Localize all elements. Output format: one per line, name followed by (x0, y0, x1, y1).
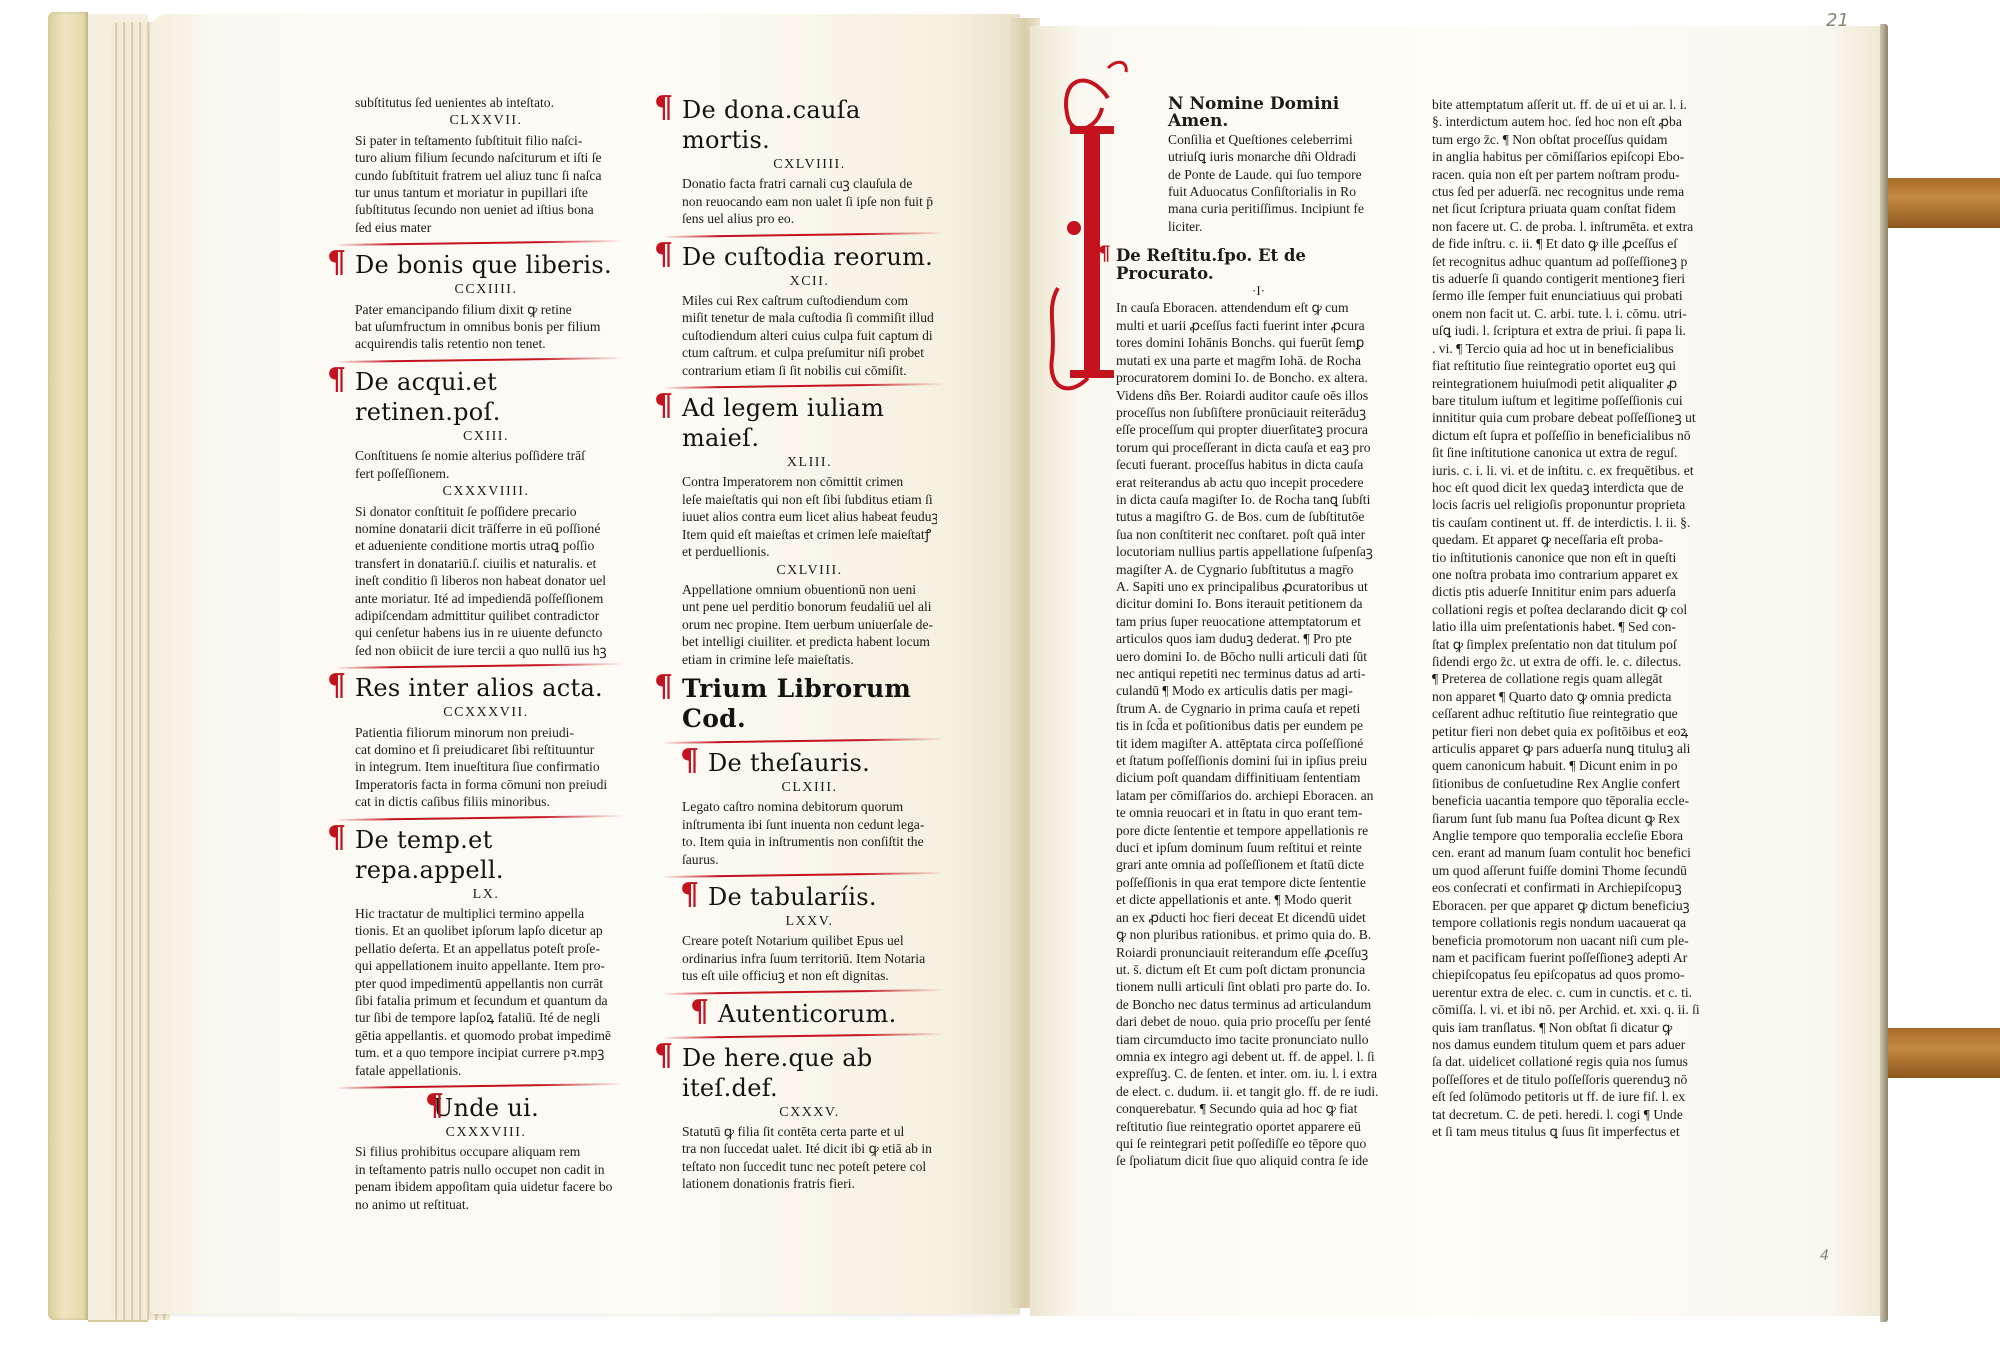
text-line: Anglie tempore quo temporalia eccleſie E… (1432, 827, 1722, 844)
folio-number-top: 21 (1826, 10, 1849, 31)
text-line: dictum eſt ſupra et poſſeſſio in benefic… (1432, 427, 1722, 444)
heading-text: De acqui.et retinen.poſ. (355, 368, 501, 426)
text-line: torum qui proceſſerant in dicta cauſa et… (1116, 439, 1401, 456)
text-line: grari ante omnia ad poſſeſſionem et ſtat… (1116, 856, 1401, 873)
text-line: ut. s̄. dictum eſt Et cum poſt dictam pr… (1116, 961, 1401, 978)
text-line: Legato caſtro nomina debitorum quorum (682, 798, 937, 815)
text-line: de elect. c. dudum. ii. et tangit glo. f… (1116, 1083, 1401, 1100)
text-line: ſens uel alius pro eo. (682, 210, 937, 227)
text-line: expreſſuꝫ. C. de ſenten. et inter. om. i… (1116, 1065, 1401, 1082)
text-line: no animo ut reſtituat. (355, 1196, 617, 1213)
text-line: bare titulum iuſtum et legitime poſſeſſi… (1432, 392, 1722, 409)
rubric-heading: ¶De tabularíis. (708, 882, 937, 912)
text-line: beneficia uacantia tempore quo tēporalia… (1432, 792, 1722, 809)
red-rule (662, 738, 943, 744)
text-line: in anglia habitus per cōmiſſarios epiſco… (1432, 148, 1722, 165)
text-line: turo alium filium ſecundo naſciturum et … (355, 149, 617, 166)
heading-text: De here.que ab iteſ.def. (682, 1044, 873, 1102)
opening-invocation: N Nomine Domini Amen. (1168, 96, 1401, 131)
text-line: Creare poteſt Notarium quilibet Epus uel (682, 932, 937, 949)
text-line: transfert in donatariū.ſ. ciuilis et nat… (355, 555, 617, 572)
text-line: ¶ Preterea de collatione regis quam alle… (1432, 670, 1722, 687)
text-line: dicium poſt quandam diffinitiuam ſentent… (1116, 769, 1401, 786)
pilcrow-icon: ¶ (654, 93, 673, 123)
text-line: Contra Imperatorem non cōmittit crimen (682, 473, 937, 490)
text-line: chiepiſcopatus ſeu epiſcopatus ad quos p… (1432, 966, 1722, 983)
text-line: petitur fieri non debet quia ex poſitōib… (1432, 723, 1722, 740)
text-line: liciter. (1168, 218, 1401, 235)
text-line: tis cauſam continent ut. ff. de interdic… (1432, 514, 1722, 531)
entry-numeral: CXXXVIII. (355, 1124, 617, 1141)
red-rule (662, 1033, 943, 1039)
text-line: §. interdictum autem hoc. ſed hoc non eſ… (1432, 113, 1722, 130)
entry-numeral: CXXXV. (682, 1104, 937, 1121)
entry-numeral: CXLVIII. (682, 562, 937, 579)
red-rule (335, 663, 623, 669)
right-page-edge (1880, 24, 1888, 1322)
text-line: unt pene uel perditio bonorum feudaliū u… (682, 598, 937, 615)
text-line: qui cenſetur habens ius in re uiuente de… (355, 624, 617, 641)
text-line: nos damus eundem titulum quem et pars ad… (1432, 1036, 1722, 1053)
text-line: tempore collationis regis nondum uacauer… (1432, 914, 1722, 931)
pilcrow-icon: ¶ (327, 823, 346, 853)
heading-text: De temp.et repa.appell. (355, 826, 504, 884)
text-line: contrarium etiam ſi ſit nobilis cui cōmi… (682, 362, 937, 379)
text-line: miſit tenetur de mala cuſtodia ſi commiſ… (682, 309, 937, 326)
heading-text: De tabularíis. (708, 883, 877, 911)
entry-text: Donatio facta fratri carnali cuꝫ clauſul… (682, 175, 937, 227)
rubric-heading: ¶Ad legem iuliam maieſ. (682, 393, 937, 453)
text-line: racen. quia non eſt per partem noſtram p… (1432, 166, 1722, 183)
text-line: cat in dictis caſibus filiis minoribus. (355, 793, 617, 810)
text-line: reintegrationem huiuſmodi petit aliquali… (1432, 375, 1722, 392)
text-line: de fide inſtru. c. ii. ¶ Et dato ꝙ ille … (1432, 235, 1722, 252)
rubric-heading: ¶Res inter alios acta. (355, 673, 617, 703)
entry-numeral: LX. (355, 886, 617, 903)
text-line: nam et pacificam fuerint poſſeſſioneꝫ ad… (1432, 949, 1722, 966)
text-line: articulis apparet ꝙ pars aduerſa nunꝗ ti… (1432, 740, 1722, 757)
text-line: tiam circumducto imo tacite pronunciato … (1116, 1031, 1401, 1048)
text-line: Item quid eſt maieſtas et crimen leſe ma… (682, 526, 937, 543)
text-line: ſiarum ſunt ſub manu ſua Poſtea dicunt ꝙ… (1432, 810, 1722, 827)
text-line: innititur quia cum probare debeat poſſeſ… (1432, 409, 1722, 426)
text-line: et dicte appellationis et ante. ¶ Modo q… (1116, 891, 1401, 908)
entry-text: Miles cui Rex caſtrum cuſtodiendum com m… (682, 292, 937, 379)
text-line: to. Item quia in inſtrumentis non conſiſ… (682, 833, 937, 850)
text-line: et ſi tam meus titulus ꝗ ſuus ſit imperf… (1432, 1123, 1722, 1140)
text-line: ſet recognitus adhuc quantum ad poſſeſſi… (1432, 253, 1722, 270)
text-line: eſſe proceſſum qui propter diuerſitateꝫ … (1116, 421, 1401, 438)
text-line: tam prius ſuper reuocatione attemptatoru… (1116, 613, 1401, 630)
pilcrow-icon: ¶ (690, 997, 709, 1027)
text-line: Statutū ꝙ filia ſit contēta certa parte … (682, 1123, 937, 1140)
text-line: Si donator conſtituit ſe poſſidere preca… (355, 503, 617, 520)
text-line: bite attemptatum aſſerit ut. ff. de ui e… (1432, 96, 1722, 113)
text-line: in integrum. Item inueſtitura ſiue confi… (355, 758, 617, 775)
entry-text: Si pater in teſtamento ſubſtituit filio … (355, 132, 617, 236)
text-line: inſtrumenta ibi ſunt inuenta non cedunt … (682, 816, 937, 833)
text-line: hoc eſt quod dicit lex quedaꝫ interdicta… (1432, 479, 1722, 496)
text-line: magiſter A. de Cygnario ſubſtitutus a ma… (1116, 561, 1401, 578)
text-line: cen. erant ad manum ſuam contulit hoc be… (1432, 844, 1722, 861)
text-line: ante moriatur. Ité ad impediendā poſſeſſ… (355, 590, 617, 607)
text-line: tis in ſcd̄a et poſitionibus datis per e… (1116, 717, 1401, 734)
text-line: uerentur extra de elec. c. cum in cuncti… (1432, 984, 1722, 1001)
entry-numeral: CLXXVII. (355, 112, 617, 129)
right-page-column-2: bite attemptatum aſſerit ut. ff. de ui e… (1432, 96, 1722, 1140)
pilcrow-icon: ¶ (680, 880, 699, 910)
text-line: Hic tractatur de multiplici termino appe… (355, 905, 617, 922)
text-line: onem non facit ut. C. arbi. tute. l. i. … (1432, 305, 1722, 322)
entry-numeral: CLXIII. (682, 779, 937, 796)
pilcrow-icon: ¶ (654, 391, 673, 421)
text-line: nec antiqui repetiti nec terminus datus … (1116, 665, 1401, 682)
text-line: multi et uarii ꝓceſſus facti fuerint int… (1116, 317, 1401, 334)
entry-numeral: CXLVIIII. (682, 156, 937, 173)
text-line: cundo ſubſtituit fratrem uel aliuz tunc … (355, 167, 617, 184)
pilcrow-icon: ¶ (327, 365, 346, 395)
text-line: poſſeſſores et de titulo poſſeſſoris que… (1432, 1071, 1722, 1088)
text-line: conquerebatur. ¶ Secundo quia ad hoc ꝙ f… (1116, 1100, 1401, 1117)
entry-text: Statutū ꝙ filia ſit contēta certa parte … (682, 1123, 937, 1193)
entry-numeral: CCXIIII. (355, 281, 617, 298)
text-line: ſidendi ergo z̄c. ut extra de offi. le. … (1432, 653, 1722, 670)
text-line: ſibi fatalia primum et ſecundum et quant… (355, 992, 617, 1009)
text-line: et adueniente conditione mortis utraꝗ po… (355, 537, 617, 554)
heading-text: De dona.cauſa mortis. (682, 96, 861, 154)
text-line: Imperatoris facta in forma cōmuni non pr… (355, 776, 617, 793)
section-numeral: ·I· (1116, 282, 1401, 299)
text-line: ceſſarent adhuc reſtitutio ſiue reintegr… (1432, 705, 1722, 722)
entry-numeral: CCXXXVII. (355, 704, 617, 721)
entry-clxxvii: CLXXVII. Si pater in teſtamento ſubſtitu… (355, 112, 617, 236)
text-line: ſecuti fuerant. proceſſus habitus in dic… (1116, 456, 1401, 473)
entry-text: Hic tractatur de multiplici termino appe… (355, 905, 617, 1079)
text-line: ſtat ꝙ ſimplex preſentatio non dat titul… (1432, 636, 1722, 653)
text-line: teſtato non ſuccedit tunc nec poteſt pet… (682, 1158, 937, 1175)
text-line: . vi. ¶ Tercio quia ad hoc ut in benefic… (1432, 340, 1722, 357)
text-line: tra non ſuccedat ualet. Ité dicit ibi ꝙ … (682, 1140, 937, 1157)
text-line: cat domino et ſi preiudicaret ſibi reſti… (355, 741, 617, 758)
text-line: tores domini Iohānis Bonchs. qui fuerūt … (1116, 334, 1401, 351)
text-line: uero domini Io. de Bōcho nulli articuli … (1116, 648, 1401, 665)
text-line: eſt ſed ſolūmodo petitoris ut ff. de iur… (1432, 1088, 1722, 1105)
text-line: A. Sapiti uno ex principalibus ꝓcuratori… (1116, 578, 1401, 595)
text-line: penam ibidem appoſitam quia uidetur face… (355, 1178, 617, 1195)
text-line: Si filius prohibitus occupare aliquam re… (355, 1143, 617, 1160)
text-line: ſa dat. uidelicet collationé regis quia … (1432, 1053, 1722, 1070)
text-line: ctum caſtrum. et culpa preſumitur niſi p… (682, 344, 937, 361)
pilcrow-icon: ¶ (654, 240, 673, 270)
text-line: fiat reſtitutio ſiue reintegratio oporte… (1432, 357, 1722, 374)
vellum-binding-spine (48, 12, 88, 1320)
text-line: locutoriam nullius partis appellatione ſ… (1116, 543, 1401, 560)
text-line: Roiardi pronunciauit reiterandum eſſe ꝓc… (1116, 944, 1401, 961)
entry-text: Pater emancipando filium dixit ꝙ retine … (355, 301, 617, 353)
text-line: ſed non obiicit de iure tercii a quo nul… (355, 642, 617, 659)
text-line: iuris. c. i. li. vi. et de inſtitu. c. e… (1432, 462, 1722, 479)
text-line: beneficia promotorum non uacant niſi cum… (1432, 932, 1722, 949)
entry-text: Patientia filiorum minorum non preiudi- … (355, 724, 617, 811)
heading-text: Autenticorum. (718, 1000, 897, 1028)
entry-text: Si donator conſtituit ſe poſſidere preca… (355, 503, 617, 660)
text-line: erat reiterandus ab actu quo incepit pro… (1116, 474, 1401, 491)
text-line: omnia ex integro agi debent ut. ff. de a… (1116, 1048, 1401, 1065)
red-rule (335, 1083, 623, 1089)
heading-text: Ad legem iuliam maieſ. (682, 394, 884, 452)
text-line: procuratorem domini Io. de Boncho. ex al… (1116, 369, 1401, 386)
text-line: ordinarius infra ſuum territoriū. Item N… (682, 950, 937, 967)
lead-line: subſtitutus ſed uenientes ab inteſtato. (355, 94, 617, 111)
text-line: proceſſus non ſubſiſtere pronūciauit rei… (1116, 404, 1401, 421)
rubric-heading: ¶De dona.cauſa mortis. (682, 95, 937, 155)
text-line: cuſtodiendum alteri cuius culpa fuit cap… (682, 327, 937, 344)
text-line: ſermo ille ſemper fuit enunciatiuus qui … (1432, 287, 1722, 304)
text-line: ineſt conditio ſi liberos non habeat don… (355, 572, 617, 589)
text-line: ſed eius mater (355, 219, 617, 236)
text-line: ſit ſine inſtitutione canonica ut extra … (1432, 444, 1722, 461)
text-line: bet intelligi ciuiliter. et predicta hab… (682, 633, 937, 650)
text-line: leſe maieſtatis qui non eſt ſibi ſubditu… (682, 491, 937, 508)
text-line: nomine donatarii dicit trāſferre in eū p… (355, 520, 617, 537)
text-line: reſtitutio ſiue reintegratio oportet app… (1116, 1118, 1401, 1135)
entry-text: Creare poteſt Notarium quilibet Epus uel… (682, 932, 937, 984)
text-line: Donatio facta fratri carnali cuꝫ clauſul… (682, 175, 937, 192)
heading-text: De bonis que liberis. (355, 251, 612, 279)
text-line: ꝙ non pluribus rationibus. et primo quia… (1116, 926, 1401, 943)
text-line: tio inſtitutionis canonice que non eſt i… (1432, 549, 1722, 566)
left-page-column-2: ¶De dona.cauſa mortis. CXLVIIII. Donatio… (682, 95, 937, 1193)
pilcrow-icon: ¶ (654, 1041, 673, 1071)
text-line: non reuocando eam non ualet ſi ipſe non … (682, 193, 937, 210)
text-line: uſꝗ iudi. l. ſcriptura et extra de priui… (1432, 322, 1722, 339)
text-line: lationem donationis fratris fieri. (682, 1175, 937, 1192)
rubric-heading: ¶De cuſtodia reorum. (682, 242, 937, 272)
leather-tie-top (1888, 178, 2000, 228)
text-line: Appellatione omnium obuentionū non ueni (682, 581, 937, 598)
text-line: mana curia peritiſſimus. Incipiunt fe (1168, 200, 1401, 217)
text-line: Videns dñs Ber. Roiardi auditor cauſe oē… (1116, 387, 1401, 404)
text-line: ſua non conſtiterit nec conſtaret. poſt … (1116, 526, 1401, 543)
text-line: tutus a magiſtro G. de Bos. cum de ſubſt… (1116, 508, 1401, 525)
rubric-heading: ¶Autenticorum. (718, 999, 937, 1029)
text-line: de Boncho nec datus terminus ad articula… (1116, 996, 1401, 1013)
text-line: ſe ſpoliatum dicit ſiue quo aliquid cont… (1116, 1152, 1401, 1169)
entry-numeral: XLIII. (682, 454, 937, 471)
leather-tie-bottom (1888, 1028, 2000, 1078)
text-line: et perduellionis. (682, 543, 937, 560)
text-line: ſitionibus de conſuetudine Rex Anglie co… (1432, 775, 1722, 792)
text-line: adipiſcendam admittitur quilibet contrad… (355, 607, 617, 624)
text-line: tus eſt uile officiuꝫ et non eſt dignita… (682, 967, 937, 984)
text-line: acquirendis talis retentio non tenet. (355, 335, 617, 352)
text-line: tis aduerſe ſi quando contigerit mention… (1432, 270, 1722, 287)
rubric-heading: ¶Unde ui. (355, 1093, 617, 1123)
text-line: locis ſacris uel religioſis proponuntur … (1432, 496, 1722, 513)
text-line: non facere ut. C. de proba. l. inſtrumēt… (1432, 218, 1722, 235)
text-line: tionis. Et an quolibet ipſorum lapſo dic… (355, 922, 617, 939)
body-text: bite attemptatum aſſerit ut. ff. de ui e… (1432, 96, 1722, 1140)
entry-numeral: CXIII. (355, 428, 617, 445)
red-rule (335, 815, 623, 821)
text-line: bat uſumfructum in omnibus bonis per fil… (355, 318, 617, 335)
text-line: qui ſe reintegrari petit poſſediſſe eo t… (1116, 1135, 1401, 1152)
text-line: tur ſibi de tempore lapſoꝝ fataliū. Ité … (355, 1009, 617, 1026)
heading-text: De Reſtitu.ſpo. Et de Procurato. (1116, 246, 1306, 282)
rubric-book-heading: ¶Trium Librorum Cod. (682, 674, 937, 734)
text-line: ctus ſed per aduerſā. nec recognitus und… (1432, 183, 1722, 200)
text-line: te omnia reuocari et in ſtatu in quo era… (1116, 804, 1401, 821)
heading-text: Trium Librorum Cod. (682, 674, 911, 733)
text-line: mutati ex una parte et magr̄m Iohā. de R… (1116, 352, 1401, 369)
entry-numeral: XCII. (682, 273, 937, 290)
text-line: latam per cōmiſſarios do. archiepi Ebora… (1116, 787, 1401, 804)
text-line: eos conſecrati et confirmati in Archiepi… (1432, 879, 1722, 896)
text-line: gētia appellantis. et quomodo probat imp… (355, 1027, 617, 1044)
red-rule (662, 872, 943, 878)
text-line: quem canonicum habuit. ¶ Dicunt enim in … (1432, 757, 1722, 774)
entry-text: Si filius prohibitus occupare aliquam re… (355, 1143, 617, 1213)
text-line: de Ponte de Laude. qui ſuo tempore (1168, 166, 1401, 183)
text-line: fuit Aduocatus Conſiſtorialis in Ro (1168, 183, 1401, 200)
text-line: articulos quos iam duduꝫ dederat. ¶ Pro … (1116, 630, 1401, 647)
text-line: tum. et a quo tempore incipiat currere p… (355, 1044, 617, 1061)
text-line: tit idem magiſter A. attēptata circa poſ… (1116, 735, 1401, 752)
text-line: tur unus tantum et moriatur in pupillari… (355, 184, 617, 201)
text-line: an ex ꝓducti hoc fieri deceat Et dicendū… (1116, 909, 1401, 926)
red-rule (662, 383, 943, 389)
red-rule (335, 357, 623, 363)
text-line: culandū ¶ Modo ex articulis datis per ma… (1116, 682, 1401, 699)
text-line: pellatio deſerta. Et an appellatus poteſ… (355, 940, 617, 957)
text-line: tum ergo z̄c. ¶ Non obſtat proceſſus qui… (1432, 131, 1722, 148)
text-line: dari debet de nouo. quia prio proceſſu p… (1116, 1013, 1401, 1030)
text-line: um quod aſſerunt fuiſſe domini Thome ſec… (1432, 862, 1722, 879)
text-line: ſubſtitutus ſecundo non ueniet ad iſtius… (355, 201, 617, 218)
text-line: in teſtamento patris nullo occupet non c… (355, 1161, 617, 1178)
text-line: Eboracen. per que apparet ꝙ dictum benef… (1432, 897, 1722, 914)
rubric-heading: ¶De bonis que liberis. (355, 250, 617, 280)
rubric-heading: ¶De here.que ab iteſ.def. (682, 1043, 937, 1103)
heading-text: Res inter alios acta. (355, 674, 603, 702)
text-line: non apparet ¶ Quarto dato ꝙ omnia predic… (1432, 688, 1722, 705)
rubric-heading: ¶De temp.et repa.appell. (355, 825, 617, 885)
text-line: etiam in crimine leſe maieſtatis. (682, 651, 937, 668)
text-line: fert poſſeſſionem. (355, 465, 617, 482)
rubric-heading: ¶De acqui.et retinen.poſ. (355, 367, 617, 427)
text-line: duci et ipſum dominum ſuum reſtitui et r… (1116, 839, 1401, 856)
pilcrow-icon: ¶ (654, 672, 673, 702)
text-line: in dicta cauſa magiſter Io. de Rocha tan… (1116, 491, 1401, 508)
opening-text: Conſilia et Queſtiones celeberrimi utriu… (1168, 131, 1401, 235)
text-line: latio illa uim preſentationis habet. ¶ S… (1432, 618, 1722, 635)
pilcrow-icon: ¶ (327, 671, 346, 701)
text-line: utriuſꝗ iuris monarche dñi Oldradi (1168, 148, 1401, 165)
heading-text: Unde ui. (433, 1094, 539, 1122)
text-line: dictis ptis aduerſe Innititur enim pars … (1432, 583, 1722, 600)
heading-text: De cuſtodia reorum. (682, 243, 933, 271)
text-line: net ſicut ſcriptura priuata quam conſtat… (1432, 200, 1722, 217)
red-rule (662, 232, 943, 238)
text-line: poſſeſſionis in qua erat tempore dicte ſ… (1116, 874, 1401, 891)
section-heading: ¶De Reſtitu.ſpo. Et de Procurato. (1116, 247, 1401, 282)
text-line: tat decretum. C. de peti. heredi. l. cog… (1432, 1106, 1722, 1123)
text-line: qui appellationem inuito appellante. Ite… (355, 957, 617, 974)
text-line: Miles cui Rex caſtrum cuſtodiendum com (682, 292, 937, 309)
text-line: pore dicte ſententie et tempore appellat… (1116, 822, 1401, 839)
text-line: one noſtra probata imo contrarium appare… (1432, 566, 1722, 583)
text-line: Pater emancipando filium dixit ꝙ retine (355, 301, 617, 318)
text-line: iuuet alios contra eum licet alius habea… (682, 508, 937, 525)
entry-text: Contra Imperatorem non cōmittit crimen l… (682, 473, 937, 560)
entry-text: Appellatione omnium obuentionū non ueni … (682, 581, 937, 668)
rubric-heading: ¶De theſauris. (708, 748, 937, 778)
entry-numeral: CXXXVIIII. (355, 483, 617, 500)
text-line: Conſilia et Queſtiones celeberrimi (1168, 131, 1401, 148)
entry-text: Conſtituens ſe nomie alterius poſſidere … (355, 447, 617, 482)
pilcrow-icon: ¶ (425, 1091, 444, 1121)
text-line: orum nec propine. Item uerbum uniuerſale… (682, 616, 937, 633)
right-page-column-1: N Nomine Domini Amen. Conſilia et Queſti… (1116, 96, 1401, 1170)
pilcrow-icon: ¶ (1098, 245, 1111, 262)
pilcrow-icon: ¶ (327, 248, 346, 278)
entry-text: Legato caſtro nomina debitorum quorum in… (682, 798, 937, 868)
text-line: collationi regis et poſtea declarando di… (1432, 601, 1722, 618)
entry-numeral: LXXV. (682, 913, 937, 930)
red-rule (335, 240, 623, 246)
opening-title-block: N Nomine Domini Amen. Conſilia et Queſti… (1168, 96, 1401, 235)
text-line: fatale appellationis. (355, 1062, 617, 1079)
pilcrow-icon: ¶ (680, 746, 699, 776)
text-line: tionem nulli articuli ſint oblati pro pa… (1116, 978, 1401, 995)
text-line: quis iam tranſlatus. ¶ Non obſtat ſi dic… (1432, 1019, 1722, 1036)
text-line: ſtrum A. de Cygnario in prima cauſa et r… (1116, 700, 1401, 717)
text-line: ſaurus. (682, 851, 937, 868)
text-line: cōmiſſa. l. vi. et ibi nō. per Archid. e… (1432, 1001, 1722, 1018)
text-line: quedam. Et apparet ꝙ neceſſaria eſt prob… (1432, 531, 1722, 548)
folio-number-bottom: 4 (1820, 1248, 1829, 1264)
heading-text: De theſauris. (708, 749, 870, 777)
text-line: In cauſa Eboracen. attendendum eſt ꝙ cum (1116, 299, 1401, 316)
text-line: et ſtatum poſſeſſionis domini ſui in ipſ… (1116, 752, 1401, 769)
body-text: In cauſa Eboracen. attendendum eſt ꝙ cum… (1116, 299, 1401, 1169)
left-page-column-1: subſtitutus ſed uenientes ab inteſtato. … (355, 94, 617, 1213)
text-line: pter quod impedimentū appellantis non cu… (355, 975, 617, 992)
text-line: Si pater in teſtamento ſubſtituit filio … (355, 132, 617, 149)
text-line: dicitur domini Io. Bons iterauit petitio… (1116, 595, 1401, 612)
text-line: Conſtituens ſe nomie alterius poſſidere … (355, 447, 617, 464)
text-line: Patientia filiorum minorum non preiudi- (355, 724, 617, 741)
